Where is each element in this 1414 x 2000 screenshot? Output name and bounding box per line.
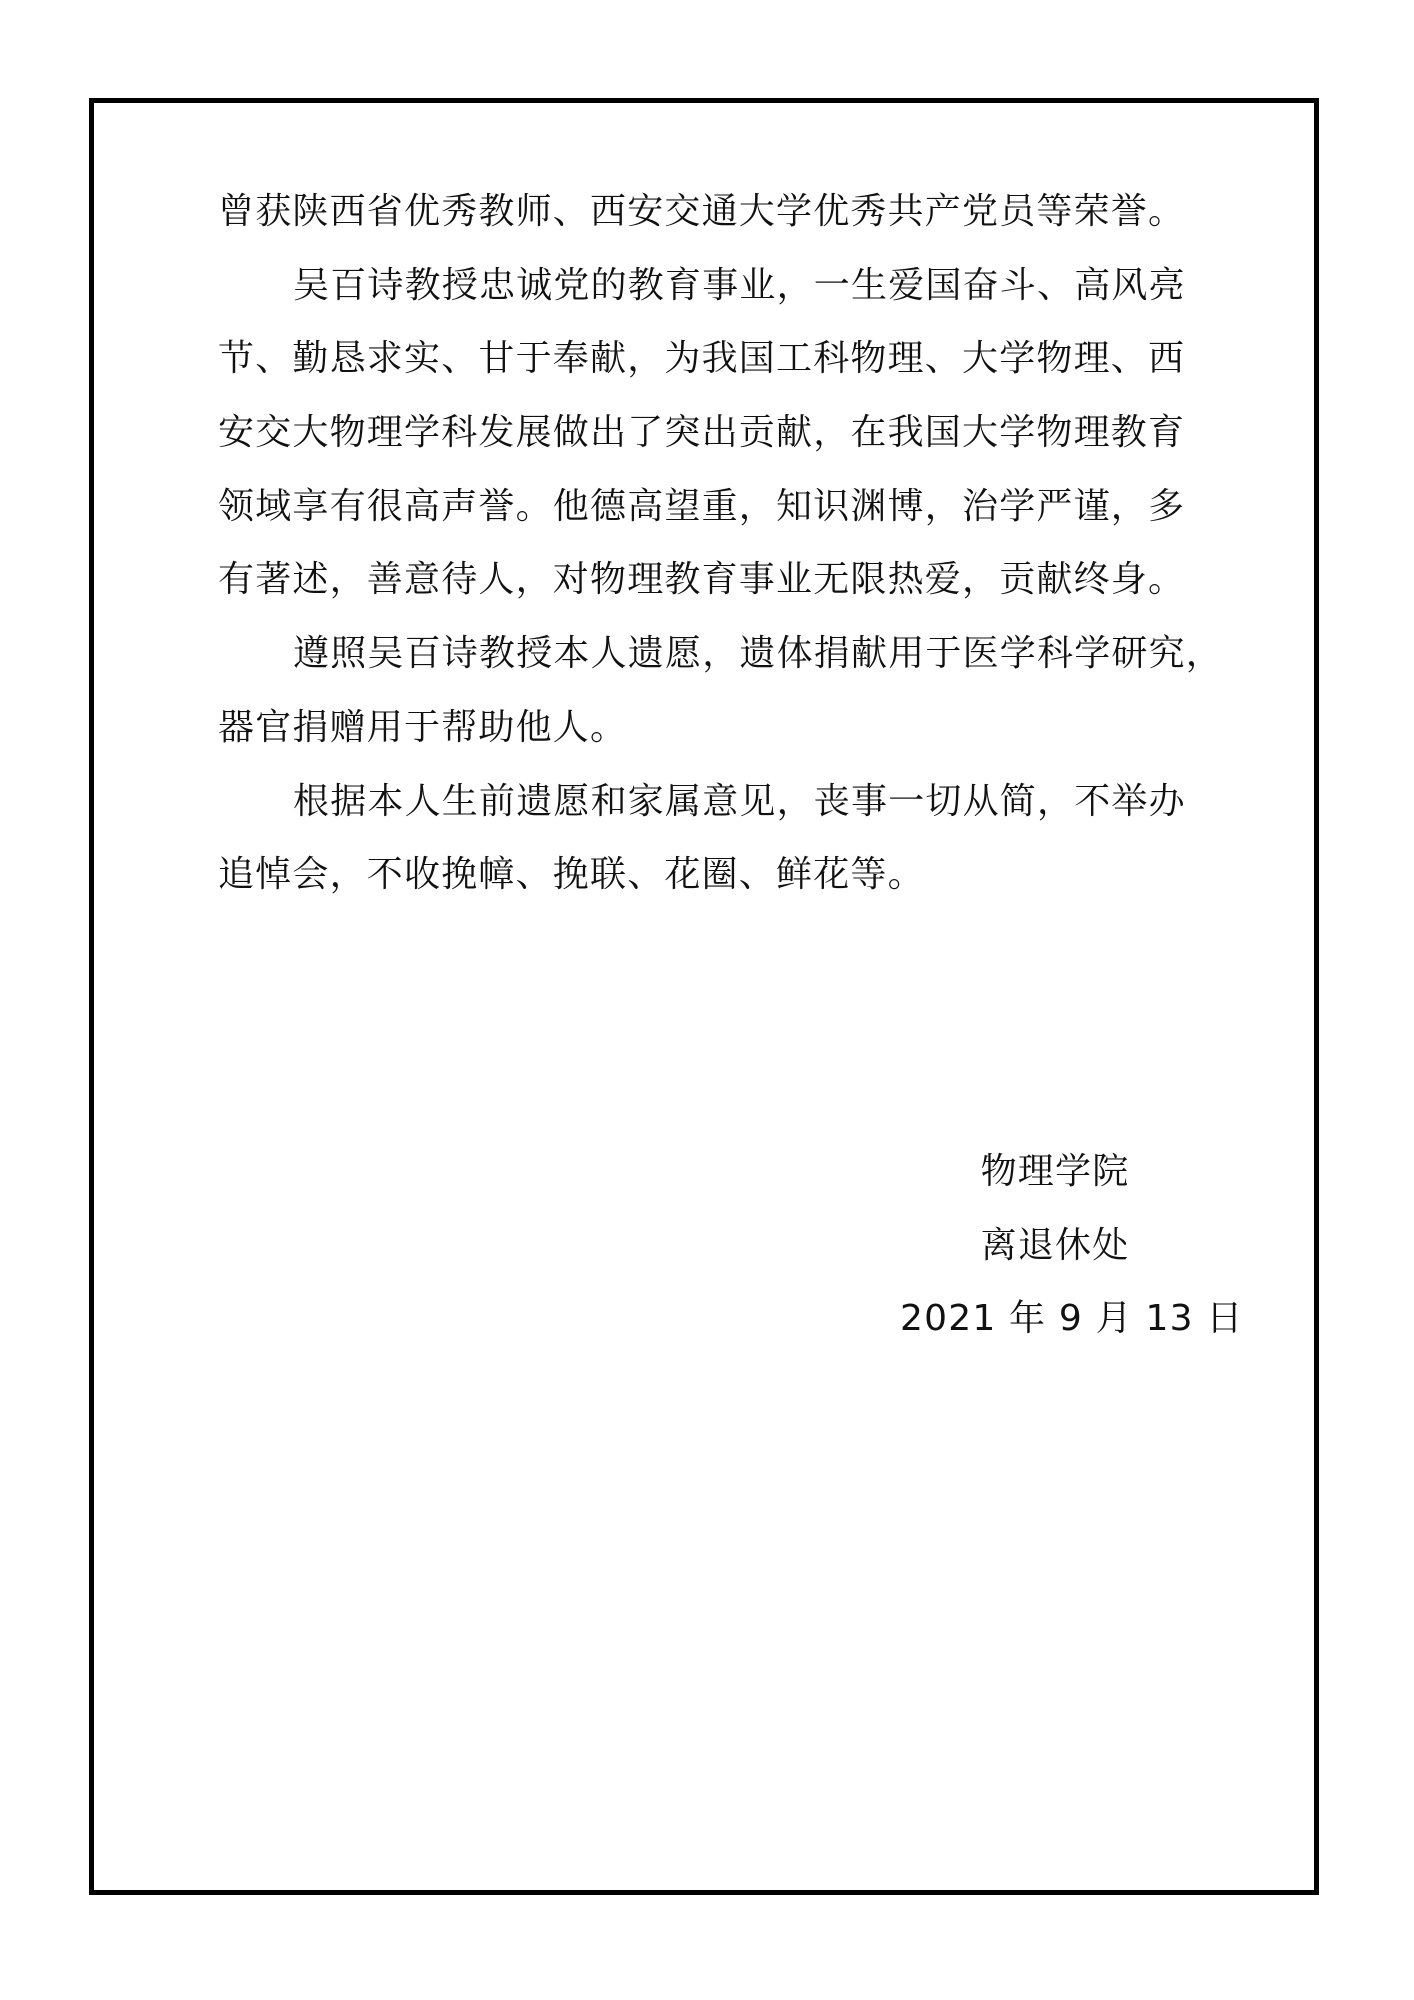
body-line: 安交大物理学科发展做出了突出贡献，在我国大学物理教育: [218, 396, 1203, 470]
body-line: 追悼会，不收挽幛、挽联、花圈、鲜花等。: [218, 838, 1203, 912]
signature-date: 2021 年 9 月 13 日: [900, 1282, 1210, 1356]
signature-org-physics-school: 物理学院: [900, 1135, 1210, 1209]
body-line: 领域享有很高声誉。他德高望重，知识渊博，治学严谨，多: [218, 470, 1203, 544]
body-line: 器官捐赠用于帮助他人。: [218, 691, 1203, 765]
signature-org-retirement-office: 离退休处: [900, 1209, 1210, 1283]
body-line: 根据本人生前遗愿和家属意见，丧事一切从简，不举办: [218, 765, 1203, 839]
signature-block: 物理学院 离退休处 2021 年 9 月 13 日: [900, 1135, 1210, 1356]
body-line: 节、勤恳求实、甘于奉献，为我国工科物理、大学物理、西: [218, 322, 1203, 396]
body-line: 遵照吴百诗教授本人遗愿，遗体捐献用于医学科学研究，: [218, 617, 1203, 691]
body-line: 有著述，善意待人，对物理教育事业无限热爱，贡献终身。: [218, 543, 1203, 617]
body-line: 曾获陕西省优秀教师、西安交通大学优秀共产党员等荣誉。: [218, 175, 1203, 249]
body-line: 吴百诗教授忠诚党的教育事业，一生爱国奋斗、高风亮: [218, 249, 1203, 323]
document-body: 曾获陕西省优秀教师、西安交通大学优秀共产党员等荣誉。 吴百诗教授忠诚党的教育事业…: [218, 175, 1203, 912]
